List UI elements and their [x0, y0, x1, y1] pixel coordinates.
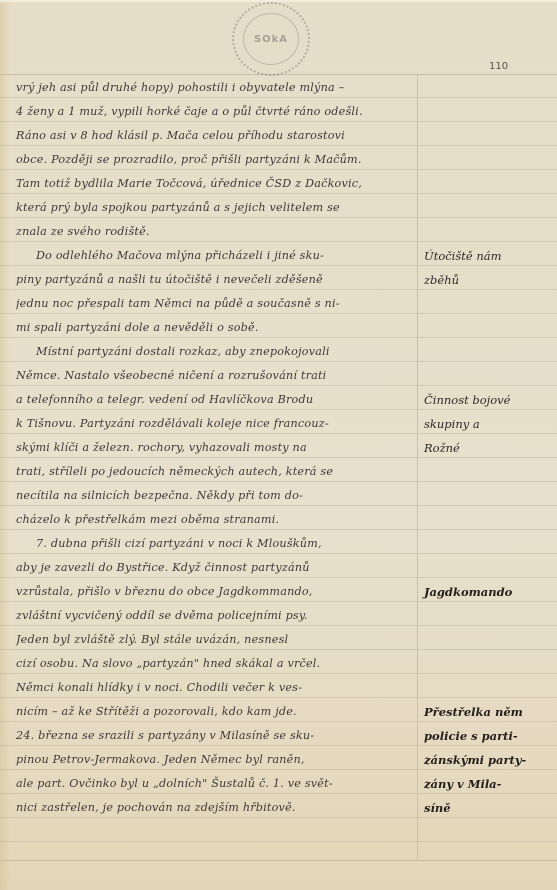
handwritten-text-line: Němce. Nastalo všeobecné ničení a rozruš… — [16, 364, 416, 388]
handwritten-text-line: trati, stříleli po jedoucích německých a… — [16, 460, 416, 484]
archive-stamp: SOkA — [232, 2, 310, 76]
handwritten-text-line: vrý jeh asi půl druhé hopy) pohostili i … — [16, 76, 416, 100]
handwritten-text-line: pinou Petrov-Jermakova. Jeden Němec byl … — [16, 748, 416, 772]
handwritten-text-line: aby je zavezli do Bystřice. Když činnost… — [16, 556, 416, 580]
margin-note: Činnost bojové — [424, 388, 554, 412]
handwritten-text-line: 24. března se srazili s partyzány v Mila… — [16, 724, 416, 748]
handwritten-text-line: zvláštní vycvičený oddíl se dvěma police… — [16, 604, 416, 628]
main-text-column: vrý jeh asi půl druhé hopy) pohostili i … — [16, 76, 416, 820]
margin-note: síně — [424, 796, 554, 820]
margin-column-divider — [417, 74, 418, 860]
handwritten-text-line: obce. Později se prozradilo, proč přišli… — [16, 148, 416, 172]
handwritten-text-line: Do odlehlého Mačova mlýna přicházeli i j… — [16, 244, 416, 268]
document-page: SOkA 110 vrý jeh asi půl druhé hopy) poh… — [0, 0, 557, 890]
handwritten-text-line: mi spali partyzáni dole a nevěděli o sob… — [16, 316, 416, 340]
handwritten-text-line: Němci konali hlídky i v noci. Chodili ve… — [16, 676, 416, 700]
handwritten-text-line: a telefonního a telegr. vedení od Havlíč… — [16, 388, 416, 412]
margin-note: Přestřelka něm — [424, 700, 554, 724]
handwritten-text-line: Ráno asi v 8 hod klásil p. Mača celou př… — [16, 124, 416, 148]
margin-note: zány v Mila- — [424, 772, 554, 796]
handwritten-text-line: znala ze svého rodiště. — [16, 220, 416, 244]
margin-note: Útočiště nám — [424, 244, 554, 268]
footer-rule — [0, 860, 557, 861]
margin-note: policie s parti- — [424, 724, 554, 748]
handwritten-text-line: skými klíči a železn. rochory, vyhazoval… — [16, 436, 416, 460]
handwritten-text-line: necítila na silnicích bezpečna. Někdy př… — [16, 484, 416, 508]
handwritten-text-line: která prý byla spojkou partyzánů a s jej… — [16, 196, 416, 220]
handwritten-text-line: Místní partyzáni dostali rozkaz, aby zne… — [16, 340, 416, 364]
margin-note: zběhů — [424, 268, 554, 292]
handwritten-text-line: Tam totiž bydlila Marie Točcová, úřednic… — [16, 172, 416, 196]
margin-note: skupiny a — [424, 412, 554, 436]
handwritten-text-line: piny partyzánů a našli tu útočiště i nev… — [16, 268, 416, 292]
handwritten-text-line: nicím – až ke Střítěži a pozorovali, kdo… — [16, 700, 416, 724]
handwritten-text-line: k Tišnovu. Partyzáni rozdělávali koleje … — [16, 412, 416, 436]
handwritten-text-line: cházelo k přestřelkám mezi oběma stranam… — [16, 508, 416, 532]
margin-note: Rožné — [424, 436, 554, 460]
handwritten-text-line: 7. dubna přišli cizí partyzáni v noci k … — [16, 532, 416, 556]
handwritten-text-line: nici zastřelen, je pochován na zdejším h… — [16, 796, 416, 820]
handwritten-text-line: Jeden byl zvláště zlý. Byl stále uvázán,… — [16, 628, 416, 652]
margin-note: Jagdkomando — [424, 580, 554, 604]
archive-stamp-text: SOkA — [243, 13, 299, 65]
margin-note: zánskými party- — [424, 748, 554, 772]
handwritten-text-line: jednu noc přespali tam Němci na půdě a s… — [16, 292, 416, 316]
handwritten-text-line: vzrůstala, přišlo v březnu do obce Jagdk… — [16, 580, 416, 604]
handwritten-text-line: cizí osobu. Na slovo „partyzán" hned ská… — [16, 652, 416, 676]
handwritten-text-line: ale part. Ovčinko byl u „dolních" Šustal… — [16, 772, 416, 796]
page-number: 110 — [489, 61, 508, 72]
handwritten-text-line: 4 ženy a 1 muž, vypili horké čaje a o pů… — [16, 100, 416, 124]
